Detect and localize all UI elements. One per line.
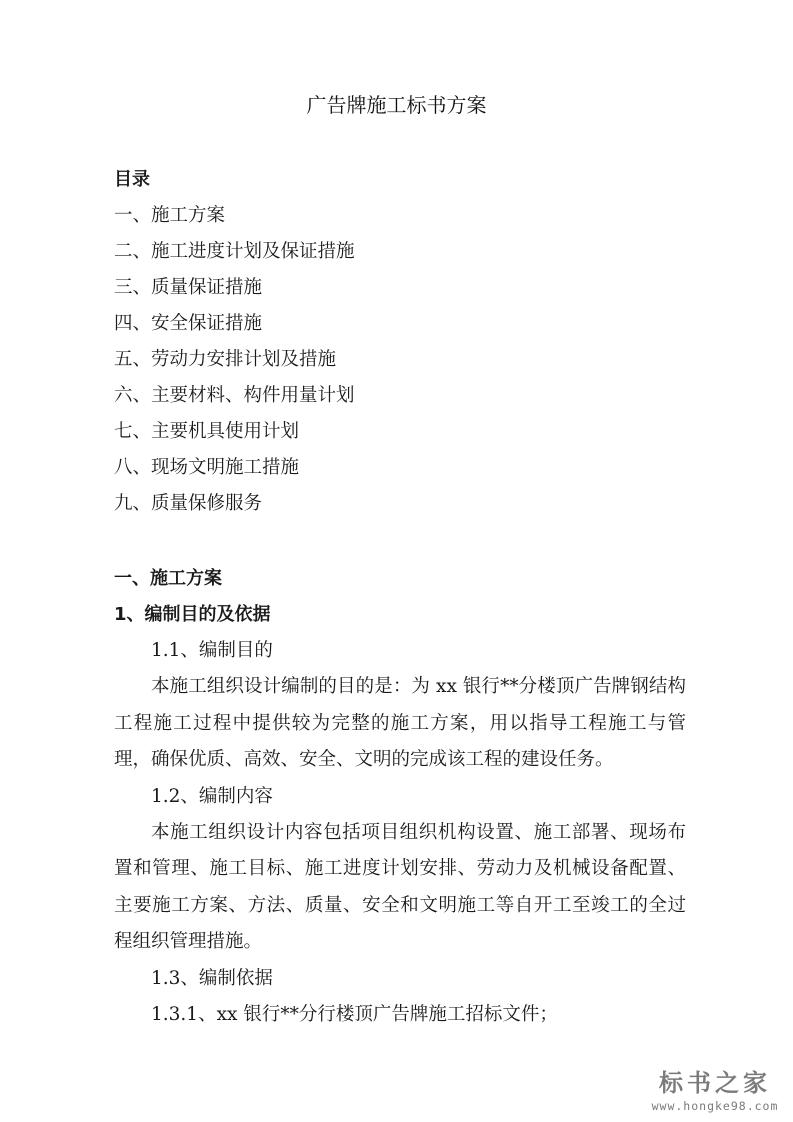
watermark-brand: 标书之家 (640, 1068, 790, 1098)
subsection-1-1-paragraph: 本施工组织设计编制的目的是：为 xx 银行**分楼顶广告牌钢结构工程施工过程中提… (114, 669, 686, 779)
watermark-logo: 标书之家 www.hongke98.com (640, 1068, 790, 1114)
toc-heading: 目录 (114, 162, 686, 198)
toc-item: 四、安全保证措施 (114, 306, 686, 342)
toc-item: 八、现场文明施工措施 (114, 450, 686, 486)
subsection-1-2-heading: 1.2、编制内容 (114, 779, 686, 815)
subsection-1-3-heading: 1.3、编制依据 (114, 961, 686, 997)
subsection-1-2-paragraph: 本施工组织设计内容包括项目组织机构设置、施工部署、现场布置和管理、施工目标、施工… (114, 815, 686, 961)
toc-item: 五、劳动力安排计划及措施 (114, 342, 686, 378)
toc-heading-block: 目录 (114, 162, 686, 198)
toc-item: 九、质量保修服务 (114, 486, 686, 522)
toc-item: 六、主要材料、构件用量计划 (114, 378, 686, 414)
subsection-heading: 1、编制目的及依据 (114, 597, 686, 633)
watermark-url: www.hongke98.com (640, 1098, 790, 1114)
toc-item: 一、施工方案 (114, 198, 686, 234)
subsection-1-3-1-item: 1.3.1、xx 银行**分行楼顶广告牌施工招标文件； (114, 997, 686, 1033)
section-construction-plan: 一、施工方案 1、编制目的及依据 1.1、编制目的 本施工组织设计编制的目的是：… (114, 561, 686, 1033)
section-heading: 一、施工方案 (114, 561, 686, 597)
document-title: 广告牌施工标书方案 (0, 90, 793, 120)
subsection-1-1-heading: 1.1、编制目的 (114, 633, 686, 669)
toc-item: 三、质量保证措施 (114, 270, 686, 306)
table-of-contents: 一、施工方案 二、施工进度计划及保证措施 三、质量保证措施 四、安全保证措施 五… (114, 198, 686, 522)
document-page: 广告牌施工标书方案 目录 一、施工方案 二、施工进度计划及保证措施 三、质量保证… (0, 0, 793, 1122)
toc-item: 七、主要机具使用计划 (114, 414, 686, 450)
toc-item: 二、施工进度计划及保证措施 (114, 234, 686, 270)
